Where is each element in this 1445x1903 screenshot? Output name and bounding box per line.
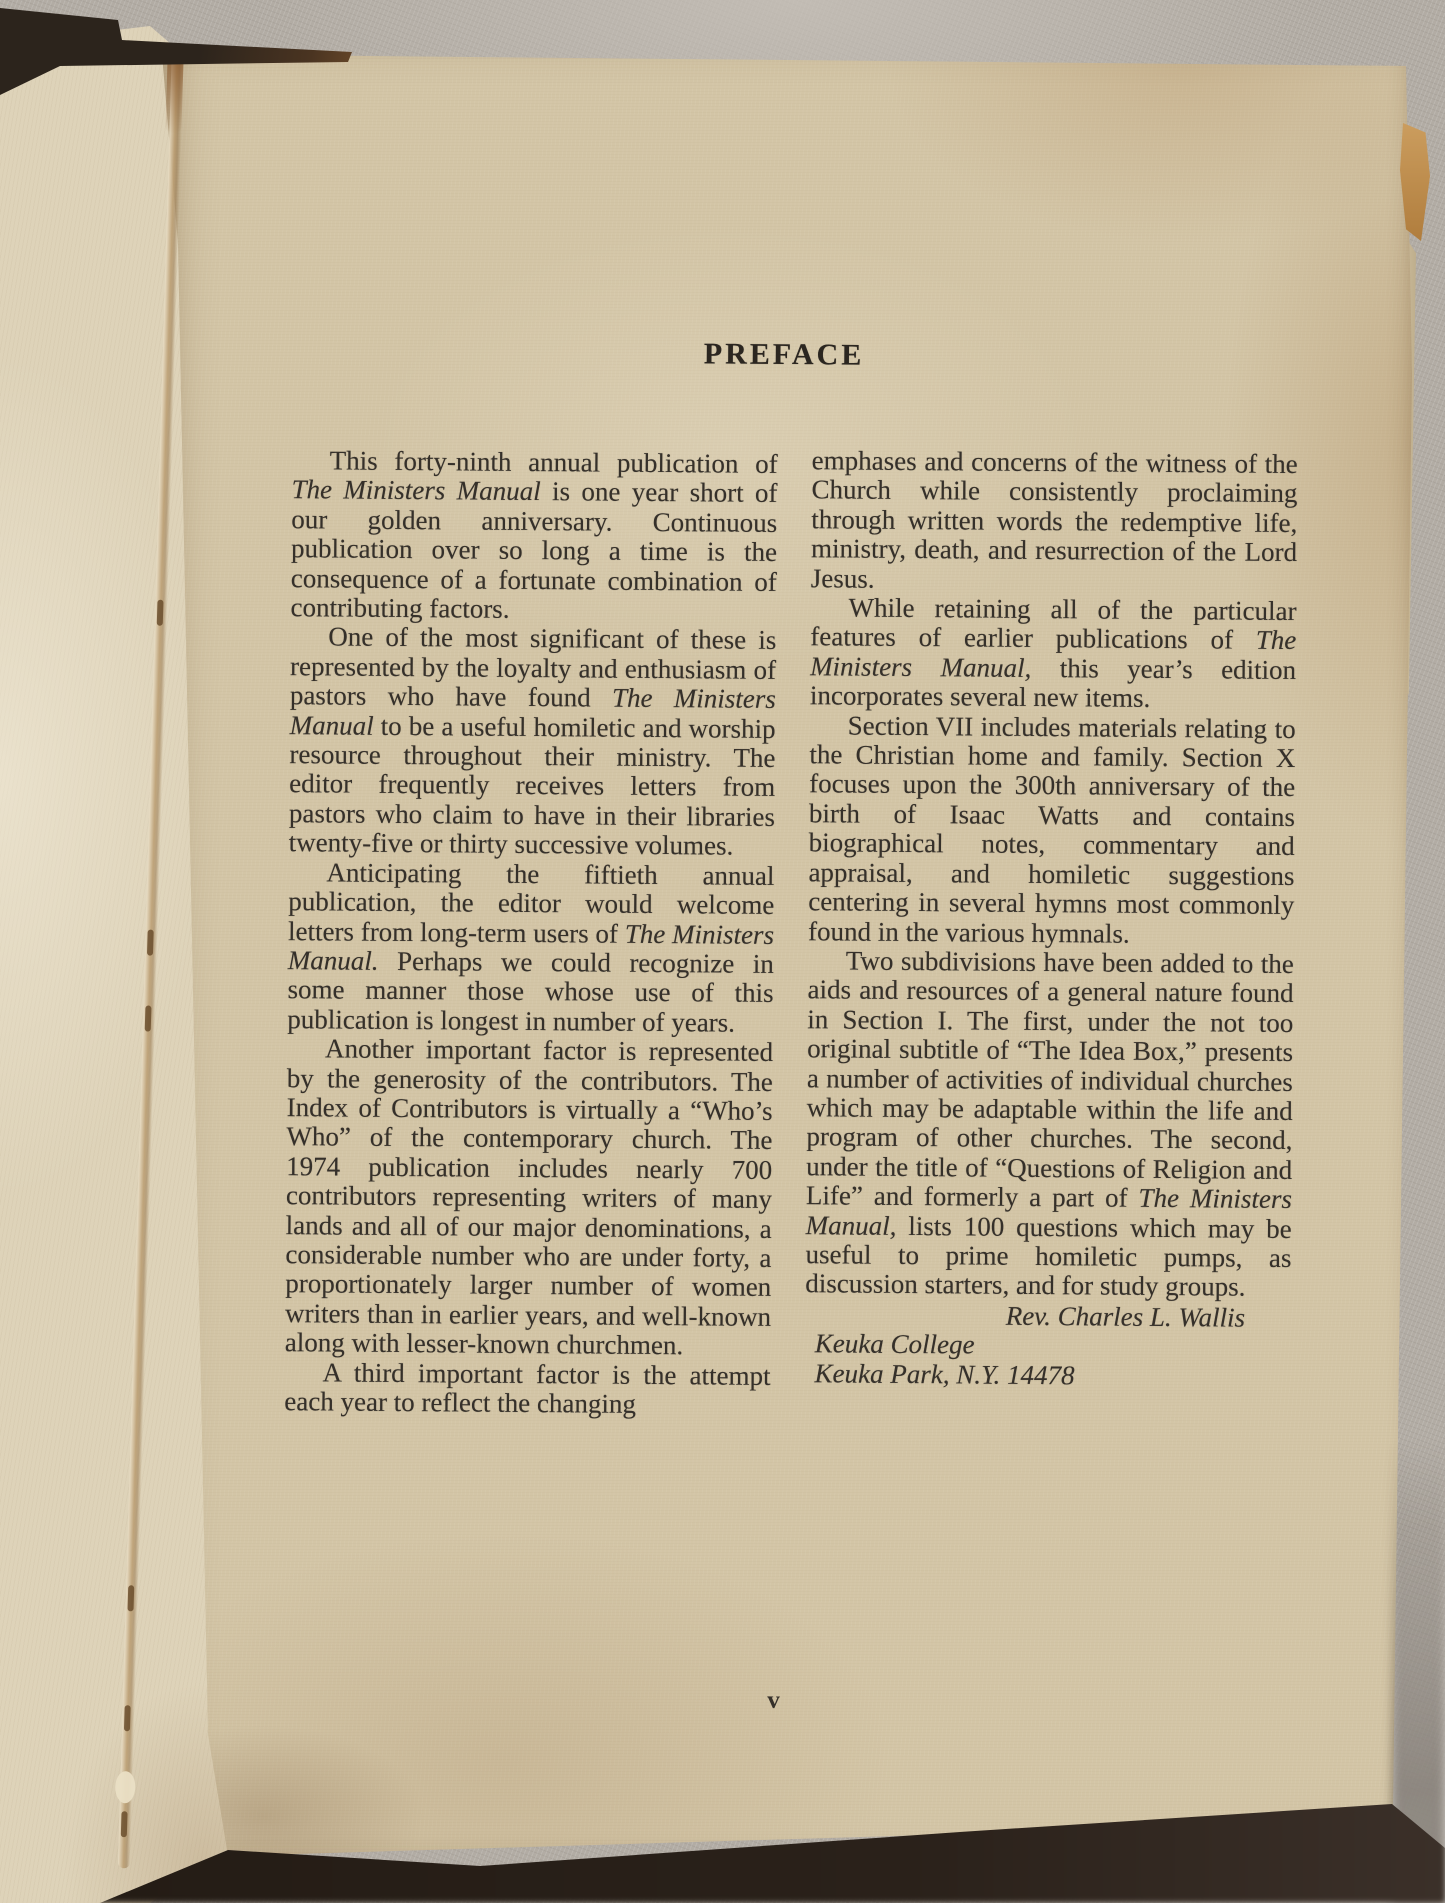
binding-stitch: [124, 1705, 131, 1731]
page-number: v: [272, 1683, 1275, 1719]
text-segment: Section VII includes materials relating …: [808, 710, 1296, 948]
text-segment: While retaining all of the particular fe…: [810, 593, 1296, 656]
binding-stitch: [127, 1585, 134, 1611]
text-segment: This forty-ninth annual publication of: [330, 445, 778, 479]
paragraph: One of the most significant of these is …: [289, 623, 777, 862]
paragraph: While retaining all of the particular fe…: [810, 593, 1297, 714]
paragraph: Another important factor is represented …: [285, 1034, 774, 1361]
paragraph: emphases and concerns of the witness of …: [811, 446, 1298, 597]
binding-stitch: [147, 929, 154, 955]
signature-affiliation: Keuka College: [815, 1329, 1291, 1362]
text-segment: emphases and concerns of the witness of …: [811, 445, 1298, 593]
paragraph: Two subdivisions have been added to the …: [805, 946, 1294, 1303]
paragraph: Section VII includes materials relating …: [808, 711, 1296, 950]
binding-stitch: [157, 600, 164, 626]
right-text-column: emphases and concerns of the witness of …: [804, 446, 1297, 1392]
text-segment: Two subdivisions have been added to the …: [806, 945, 1294, 1213]
right-column-paragraphs: emphases and concerns of the witness of …: [805, 446, 1298, 1303]
binding-stitch: [121, 1811, 128, 1837]
paragraph: This forty-ninth annual publication of T…: [290, 446, 777, 626]
signature-address: Keuka Park, N.Y. 14478: [814, 1359, 1290, 1392]
paragraph: A third important factor is the attempt …: [284, 1358, 770, 1421]
book-page: PREFACE This forty-ninth annual publicat…: [150, 44, 1412, 1871]
paragraph: Anticipating the fiftieth annual publica…: [287, 858, 774, 1038]
italic-text-segment: The Ministers Manual: [291, 475, 540, 507]
text-segment: Another important factor is represented …: [285, 1034, 774, 1361]
book-photo-scene: PREFACE This forty-ninth annual publicat…: [0, 0, 1445, 1903]
page-content: PREFACE This forty-ninth annual publicat…: [136, 44, 1412, 1881]
binding-stitch: [145, 1005, 152, 1031]
left-text-column: This forty-ninth annual publication of T…: [284, 446, 778, 1420]
text-segment: A third important factor is the attempt …: [284, 1357, 770, 1419]
page-title: PREFACE: [282, 334, 1285, 376]
